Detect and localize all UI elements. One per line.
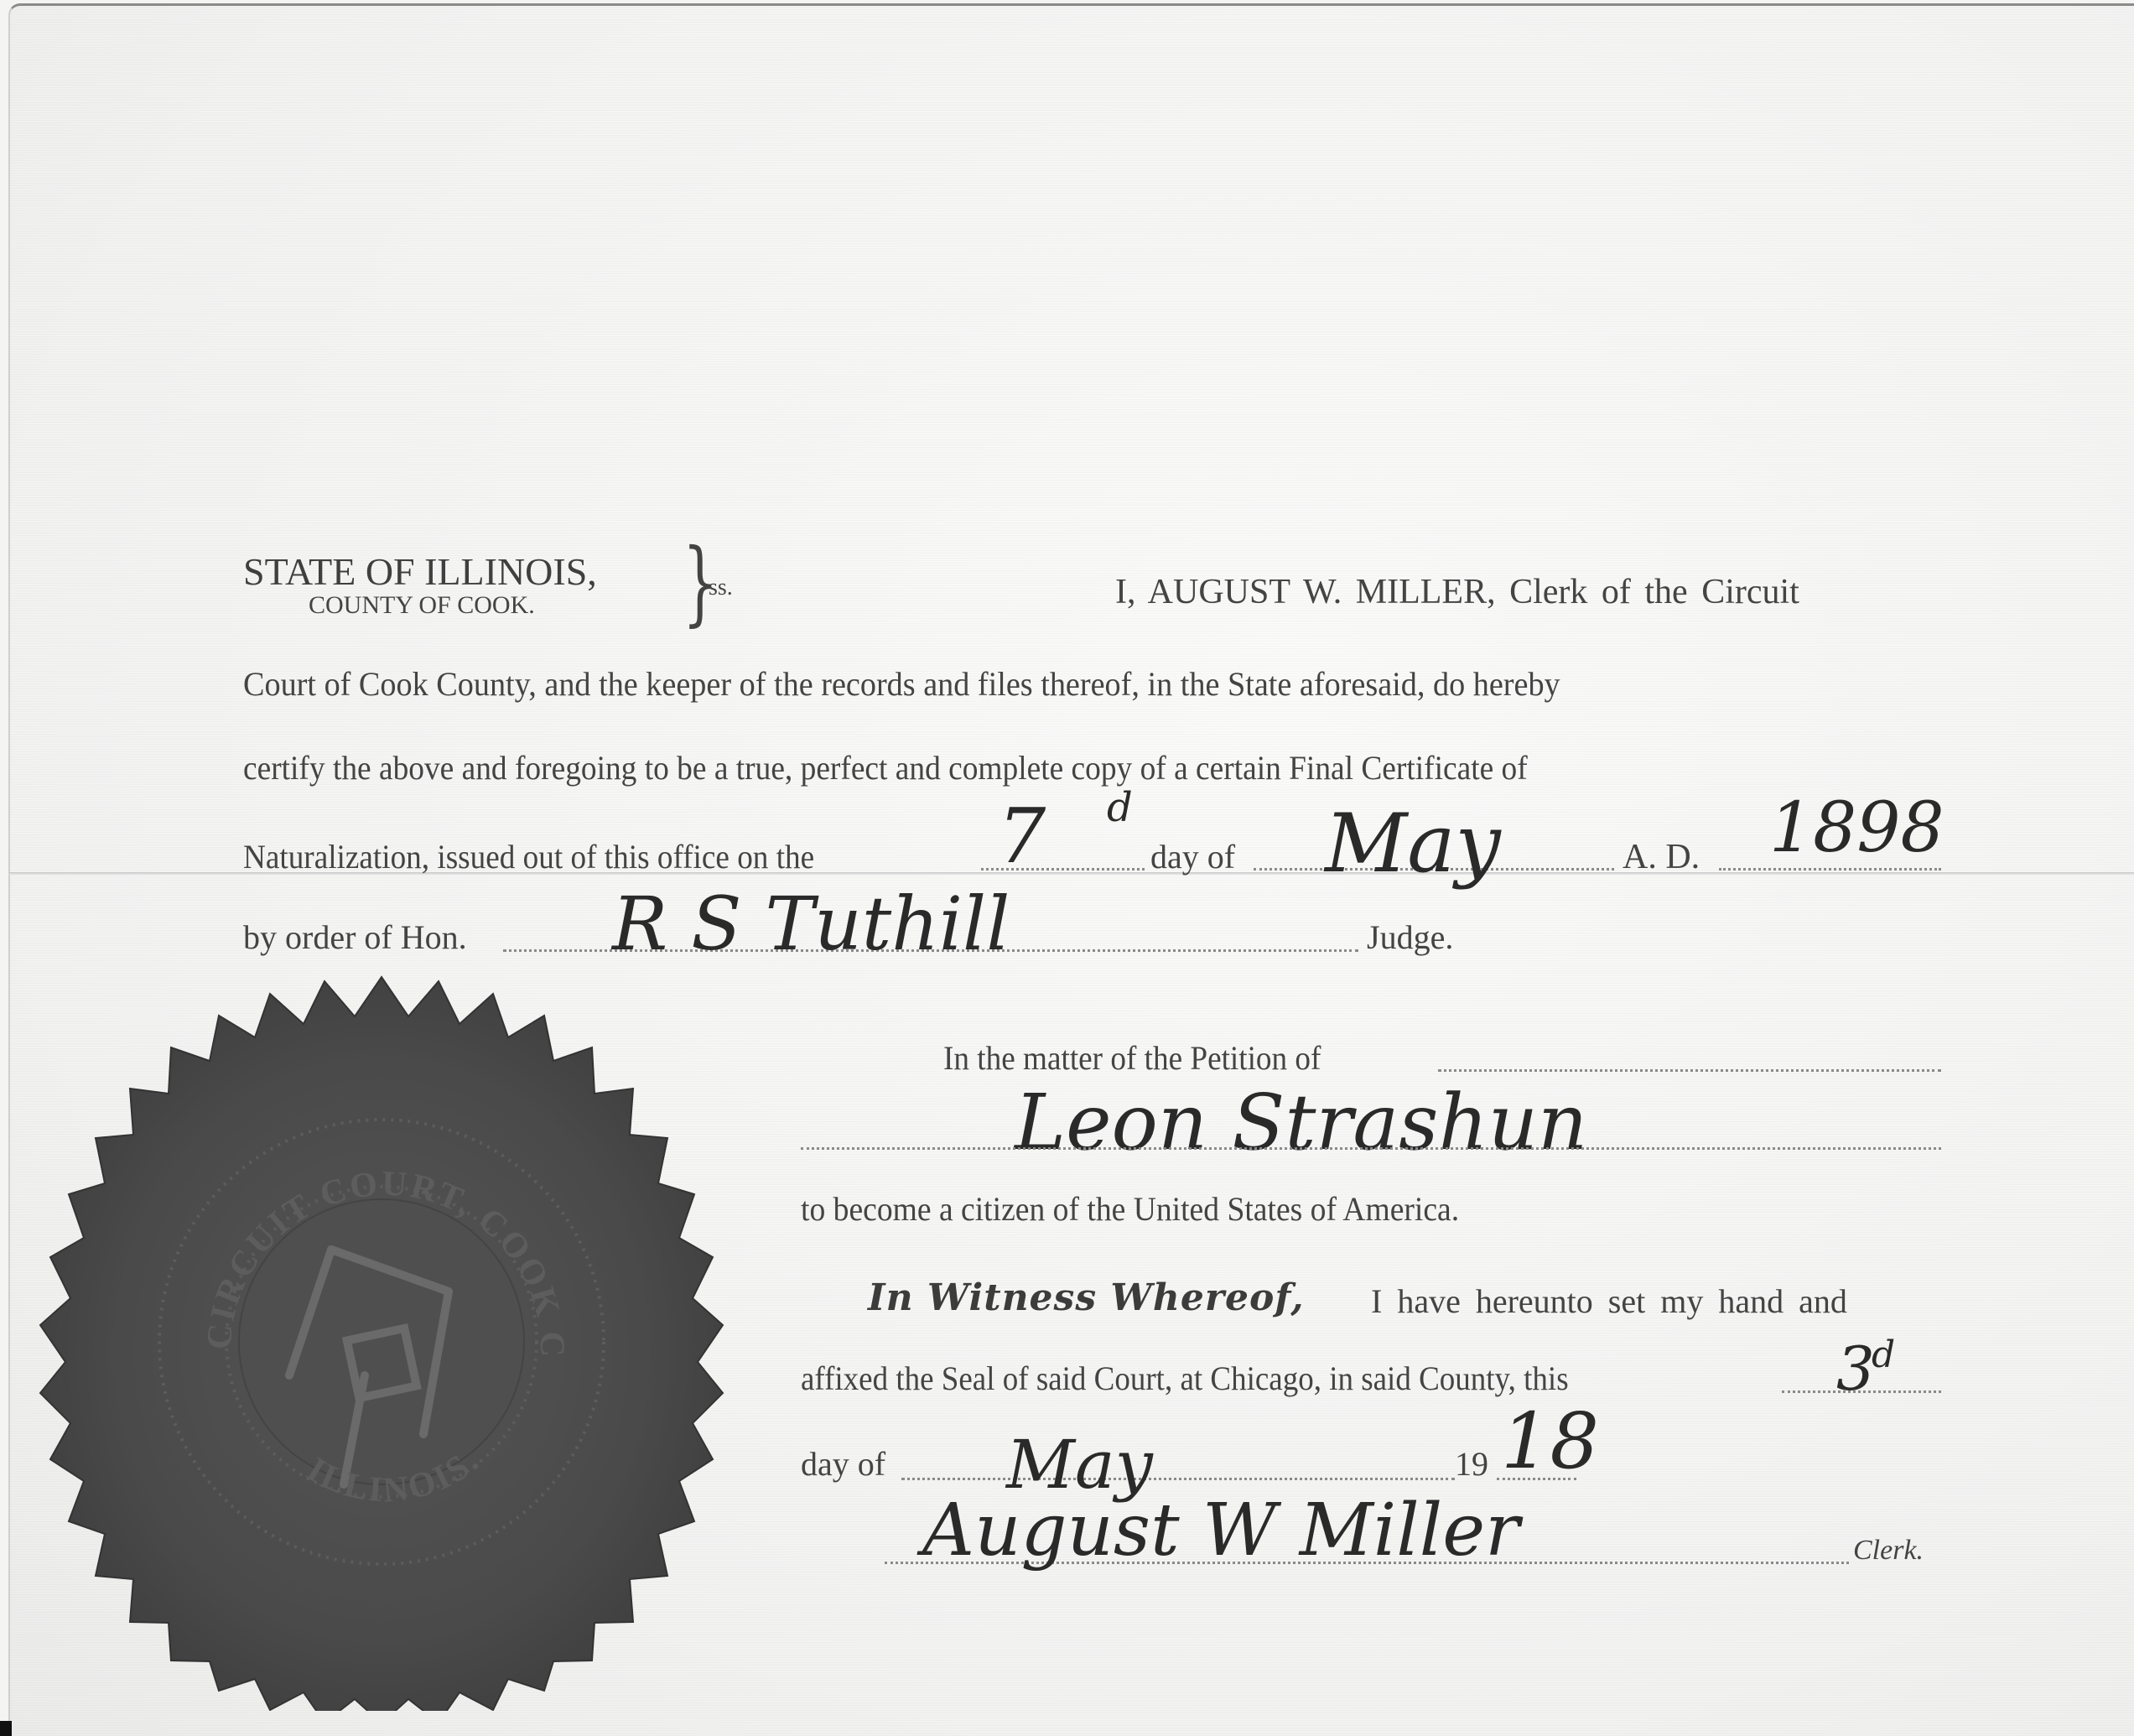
issue-month-value: May xyxy=(1325,797,1501,891)
court-seal-icon: CIRCUIT COURT, COOK COUNTY ILLINOIS. xyxy=(21,956,742,1711)
petition-label: In the matter of the Petition of xyxy=(943,1038,1321,1078)
citizen-line: to become a citizen of the United States… xyxy=(801,1189,1459,1229)
ss-label: ss. xyxy=(709,574,733,601)
clerk-signature: August W Miller xyxy=(922,1489,1519,1572)
witness-month-field xyxy=(901,1478,1455,1480)
witness-day-value: 3 xyxy=(1836,1333,1875,1404)
state-heading: STATE OF ILLINOIS, xyxy=(243,549,597,594)
day-of-label: day of xyxy=(1150,837,1235,876)
issue-year-value: 1898 xyxy=(1769,788,1944,868)
witness-day-suffix: d xyxy=(1872,1333,1895,1376)
ad-label: A. D. xyxy=(1623,837,1700,877)
petition-top-field xyxy=(1438,1069,1941,1072)
body-line-3: certify the above and foregoing to be a … xyxy=(243,748,1528,787)
county-heading: COUNTY OF COOK. xyxy=(309,591,535,620)
year-prefix-label: 19 xyxy=(1455,1444,1488,1484)
day-of-label-2: day of xyxy=(801,1444,885,1484)
issue-day-value: 7 xyxy=(998,793,1046,881)
petitioner-name-field xyxy=(801,1147,1941,1150)
witness-line-rest: I have hereunto set my hand and xyxy=(1371,1281,1847,1321)
issue-year-field xyxy=(1719,868,1941,871)
affixed-line: affixed the Seal of said Court, at Chica… xyxy=(801,1359,1569,1398)
clerk-label: Clerk. xyxy=(1853,1535,1924,1567)
body-line-2: Court of Cook County, and the keeper of … xyxy=(243,664,1560,704)
issue-day-suffix: d xyxy=(1107,784,1133,831)
petitioner-name-value: Leon Strashun xyxy=(1015,1078,1587,1167)
scan-edge xyxy=(0,1721,12,1736)
judge-name-value: R S Tuthill xyxy=(612,881,1010,967)
witness-year-value: 18 xyxy=(1501,1396,1599,1486)
judge-label: Judge. xyxy=(1367,917,1453,957)
witness-blackletter: In Witness Whereof, xyxy=(868,1276,1305,1319)
naturalization-line: Naturalization, issued out of this offic… xyxy=(243,837,814,876)
clerk-intro-line: I, AUGUST W. MILLER, Clerk of the Circui… xyxy=(1115,572,1799,612)
by-order-label: by order of Hon. xyxy=(243,917,467,957)
